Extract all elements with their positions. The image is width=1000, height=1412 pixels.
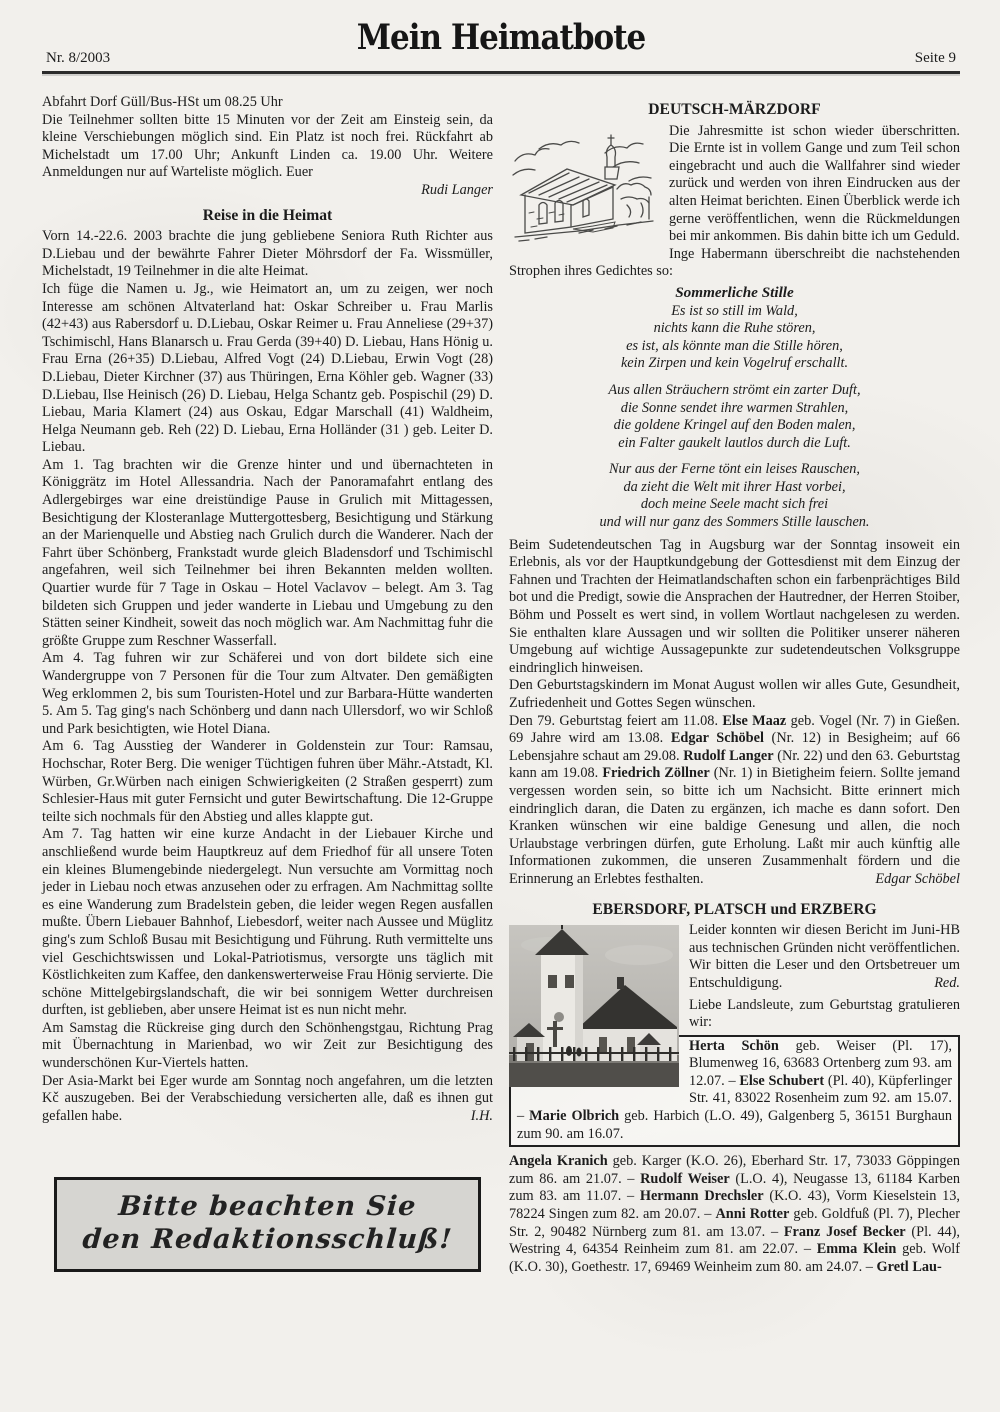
paragraph-text: Den 79. Geburtstag feiert am 11.08. Else… [509, 713, 960, 887]
paragraph: Am 6. Tag Ausstieg der Wanderer in Golde… [42, 738, 493, 826]
poem-stanza: Es ist so still im Wald, nichts kann die… [509, 303, 960, 373]
signature-edgar-schoebel: Edgar Schöbel [875, 871, 960, 889]
signature-rudi-langer: Rudi Langer [42, 182, 493, 200]
poem-stanza: Nur aus der Ferne tönt ein leises Rausch… [509, 461, 960, 531]
poem-line: Nur aus der Ferne tönt ein leises Rausch… [509, 461, 960, 479]
paragraph: Am 4. Tag fuhren wir zur Schäferei und v… [42, 650, 493, 738]
poem-lead-in: Inge Habermann überschreibt die nachsteh… [509, 246, 960, 281]
bus-note-paragraph: Die Teilnehmer sollten bitte 15 Minuten … [42, 112, 493, 182]
notice-line-2: den Redaktionsschluß! [62, 1223, 473, 1256]
sudetendeutscher-tag-paragraph: Beim Sudetendeutschen Tag in Augsburg wa… [509, 537, 960, 678]
newspaper-page: Mein Heimatbote Nr. 8/2003 Seite 9 Abfah… [0, 0, 1000, 1412]
paragraph-text: Leider konnten wir diesen Bericht im Jun… [689, 922, 960, 991]
paragraph-text: Angela Kranich geb. Karger (K.O. 26), Eb… [509, 1153, 960, 1275]
section-title-ebersdorf: EBERSDORF, PLATSCH und ERZBERG [509, 901, 960, 919]
church-photo-image [509, 925, 679, 1087]
poem-line: die Sonne sendet ihre warmen Strahlen, [509, 400, 960, 418]
masthead-title: Mein Heimatbote [42, 18, 960, 58]
poem-sommerliche-stille: Sommerliche Stille Es ist so still im Wa… [509, 284, 960, 532]
right-column: DEUTSCH-MÄRZDORF [509, 94, 960, 1276]
birthday-list-paragraph: Angela Kranich geb. Karger (K.O. 26), Eb… [509, 1153, 960, 1276]
notice-line-1: Bitte beachten Sie [62, 1190, 473, 1223]
signature-ih: I.H. [471, 1108, 493, 1126]
paragraph: Ich füge die Namen u. Jg., wie Heimatort… [42, 281, 493, 457]
issue-number: Nr. 8/2003 [46, 50, 110, 67]
poem-line: und will nur ganz des Sommers Stille lau… [509, 514, 960, 532]
signature-red: Red. [934, 975, 960, 993]
poem-title: Sommerliche Stille [509, 284, 960, 302]
paragraph: Vorn 14.-22.6. 2003 brachte die jung geb… [42, 228, 493, 281]
poem-line: die goldene Kringel auf den Boden malen, [509, 417, 960, 435]
poem-stanza: Aus allen Sträuchern strömt ein zarter D… [509, 382, 960, 452]
paragraph: Am 1. Tag brachten wir die Grenze hinter… [42, 457, 493, 651]
poem-line: nichts kann die Ruhe stören, [509, 320, 960, 338]
paragraph-text: Der Asia-Markt bei Eger wurde am Sonntag… [42, 1073, 493, 1124]
poem-line: da zieht die Welt mit ihrer Hast vorbei, [509, 479, 960, 497]
section-title-deutsch-maerzdorf: DEUTSCH-MÄRZDORF [509, 101, 960, 119]
paragraph: Am Samstag die Rückreise ging durch den … [42, 1020, 493, 1073]
left-column: Abfahrt Dorf Güll/Bus-HSt um 08.25 Uhr D… [42, 94, 493, 1276]
page-number: Seite 9 [915, 50, 956, 67]
page-header: Mein Heimatbote Nr. 8/2003 Seite 9 [42, 20, 960, 68]
paragraph: Am 7. Tag hatten wir eine kurze Andacht … [42, 826, 493, 1020]
redaktionsschluss-notice-box: Bitte beachten Sie den Redaktionsschluß! [54, 1177, 481, 1272]
poem-line: kein Zirpen und kein Vogelruf erschallt. [509, 355, 960, 373]
poem-line: doch meine Seele macht sich frei [509, 496, 960, 514]
poem-line: ein Falter gaukelt lautlos durch die Luf… [509, 435, 960, 453]
poem-line: Aus allen Sträuchern strömt ein zarter D… [509, 382, 960, 400]
birthdays-august-paragraph: Den 79. Geburtstag feiert am 11.08. Else… [509, 713, 960, 889]
poem-line: es ist, als könnte man die Stille hören, [509, 338, 960, 356]
paragraph-with-signature: Der Asia-Markt bei Eger wurde am Sonntag… [42, 1073, 493, 1126]
poem-line: Es ist so still im Wald, [509, 303, 960, 321]
header-rule [42, 71, 960, 74]
bus-departure-line: Abfahrt Dorf Güll/Bus-HSt um 08.25 Uhr [42, 94, 493, 112]
church-sketch-image [509, 127, 659, 249]
article-title-reise: Reise in die Heimat [42, 207, 493, 225]
geburtstagskinder-paragraph: Den Geburtstagskindern im Monat August w… [509, 677, 960, 712]
